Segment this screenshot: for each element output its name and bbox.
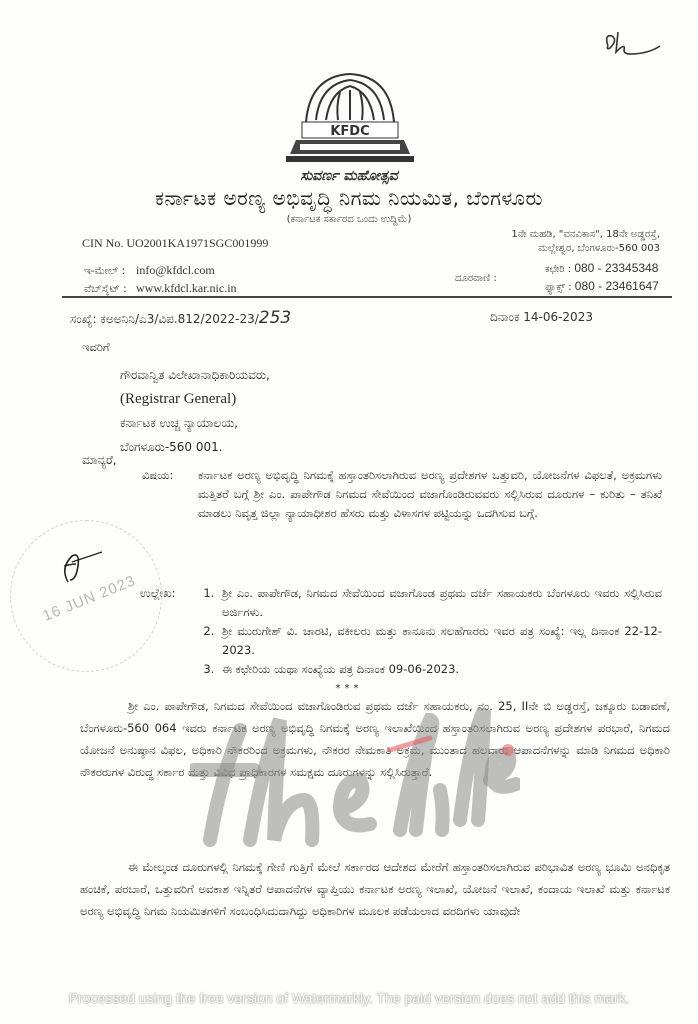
office-phone: 080 - 23345348 — [574, 261, 658, 275]
reference-item: ಈ ಕಛೇರಿಯ ಯಥಾ ಸಂಖ್ಯೆಯ ಪತ್ರ ದಿನಾಂಕ 09-06-2… — [218, 660, 662, 679]
reference-item: ಶ್ರೀ ಎಂ. ಪಾಪೇಗೌಡ, ನಿಗಮದ ಸೇವೆಯಿಂದ ವಜಾಗೊಂಡ… — [218, 584, 662, 622]
header-divider — [62, 296, 672, 298]
letter-date: ದಿನಾಂಕ 14-06-2023 — [490, 310, 593, 325]
reference-prefix: ಸಂಖ್ಯೆ: ಕಅಅನಿನಿ/ಎ3/ವಿಪ.812/2022-23/ — [70, 312, 259, 326]
body-paragraph-2: ಈ ಮೇಲ್ಕಂಡ ದೂರುಗಳಲ್ಲಿ ನಿಗಮಕ್ಕೆ ಗೇಣಿ ಗುತ್ತ… — [80, 856, 670, 922]
to-label: ಇವರಿಗೆ — [82, 340, 110, 355]
svg-text:KFDC: KFDC — [330, 124, 369, 139]
date-label: ದಿನಾಂಕ — [490, 310, 519, 324]
organization-name: ಕರ್ನಾಟಕ ಅರಣ್ಯ ಅಭಿವೃದ್ಧಿ ನಿಗಮ ನಿಯಮಿತ, ಬೆಂ… — [0, 186, 698, 210]
date-value: 14-06-2023 — [523, 310, 593, 324]
references-block: ಉಲ್ಲೇಖ: ಶ್ರೀ ಎಂ. ಪಾಪೇಗೌಡ, ನಿಗಮದ ಸೇವೆಯಿಂದ… — [142, 584, 662, 679]
organization-subtitle: (ಕರ್ನಾಟಕ ಸರ್ಕಾರದ ಒಂದು ಉದ್ದಿಮೆ) — [0, 214, 698, 225]
signature-mark — [56, 548, 106, 588]
subject-text: ಕರ್ನಾಟಕ ಅರಣ್ಯ ಅಭಿವೃದ್ಧಿ ನಿಗಮಕ್ಕೆ ಹಸ್ತಾಂತ… — [198, 466, 662, 523]
cin-number: CIN No. UO2001KA1971SGC001999 — [82, 236, 268, 251]
office-address: 1ನೇ ಮಹಡಿ, "ವನವಿಕಾಸ", 18ನೇ ಅಡ್ಡರಸ್ತೆ, ಮಲ್… — [440, 228, 660, 256]
subject-block: ವಿಷಯ: ಕರ್ನಾಟಕ ಅರಣ್ಯ ಅಭಿವೃದ್ಧಿ ನಿಗಮಕ್ಕೆ ಹ… — [142, 466, 662, 523]
phone-label: ದೂರವಾಣಿ : — [455, 270, 497, 287]
addressee-line: (Registrar General) — [120, 387, 270, 411]
addressee-line: ಗೌರವಾನ್ವಿತ ವಿಲೇಖಾನಾಧಿಕಾರಿಯವರು, — [120, 363, 270, 387]
subject-label: ವಿಷಯ: — [142, 466, 194, 485]
body-paragraph-1: ಶ್ರೀ ಎಂ. ಪಾಪೇಗೌಡ, ನಿಗಮದ ಸೇವೆಯಿಂದ ವಜಾಗೊಂಡ… — [80, 695, 670, 783]
address-line-1: 1ನೇ ಮಹಡಿ, "ವನವಿಕಾಸ", 18ನೇ ಅಡ್ಡರಸ್ತೆ, — [440, 228, 660, 242]
section-separator: *** — [0, 683, 698, 694]
contact-online: ಇ-ಮೇಲ್ :info@kfdcl.com ವೆಬ್‌ಸೈಟ್ :www.kf… — [84, 262, 237, 298]
fax-number: 080 - 23461647 — [575, 279, 659, 293]
addressee-line: ಬೆಂಗಳೂರು-560 001. — [120, 435, 270, 459]
addressee-block: ಗೌರವಾನ್ವಿತ ವಿಲೇಖಾನಾಧಿಕಾರಿಯವರು, (Registra… — [120, 363, 270, 459]
kfdc-logo: KFDC — [282, 66, 418, 168]
handwritten-initials — [598, 24, 668, 64]
email-label: ಇ-ಮೇಲ್ : — [84, 263, 136, 280]
reference-handwritten: 253 — [259, 308, 291, 328]
addressee-line: ಕರ್ನಾಟಕ ಉಚ್ಚ ನ್ಯಾಯಾಲಯ, — [120, 411, 270, 435]
reference-number: ಸಂಖ್ಯೆ: ಕಅಅನಿನಿ/ಎ3/ವಿಪ.812/2022-23/253 — [70, 308, 291, 328]
reference-item: ಶ್ರೀ ಮುರುಗೇಶ್ ವಿ. ಚಾರಟಿ, ವಕೀಲರು ಮತ್ತು ಕಾ… — [218, 622, 662, 660]
email-link[interactable]: info@kfdcl.com — [136, 263, 215, 277]
golden-jubilee-tagline: ಸುವರ್ಣ ಮಹೋತ್ಸವ — [0, 168, 698, 184]
office-label: ಕಛೇರಿ : — [545, 264, 571, 275]
salutation: ಮಾನ್ಯರೆ, — [82, 453, 117, 468]
phone-block: ದೂರವಾಣಿ : ಕಛೇರಿ : 080 - 23345348 ಫ್ಯಾಕ್ಸ… — [455, 260, 665, 296]
address-line-2: ಮಲ್ಲೇಶ್ವರ, ಬೆಂಗಳೂರು-560 003 — [440, 242, 660, 256]
fax-label: ಫ್ಯಾಕ್ಸ್ : — [545, 282, 572, 293]
website-link[interactable]: www.kfdcl.kar.nic.in — [136, 281, 237, 295]
watermark-footer: Processed using the free version of Wate… — [0, 990, 698, 1006]
